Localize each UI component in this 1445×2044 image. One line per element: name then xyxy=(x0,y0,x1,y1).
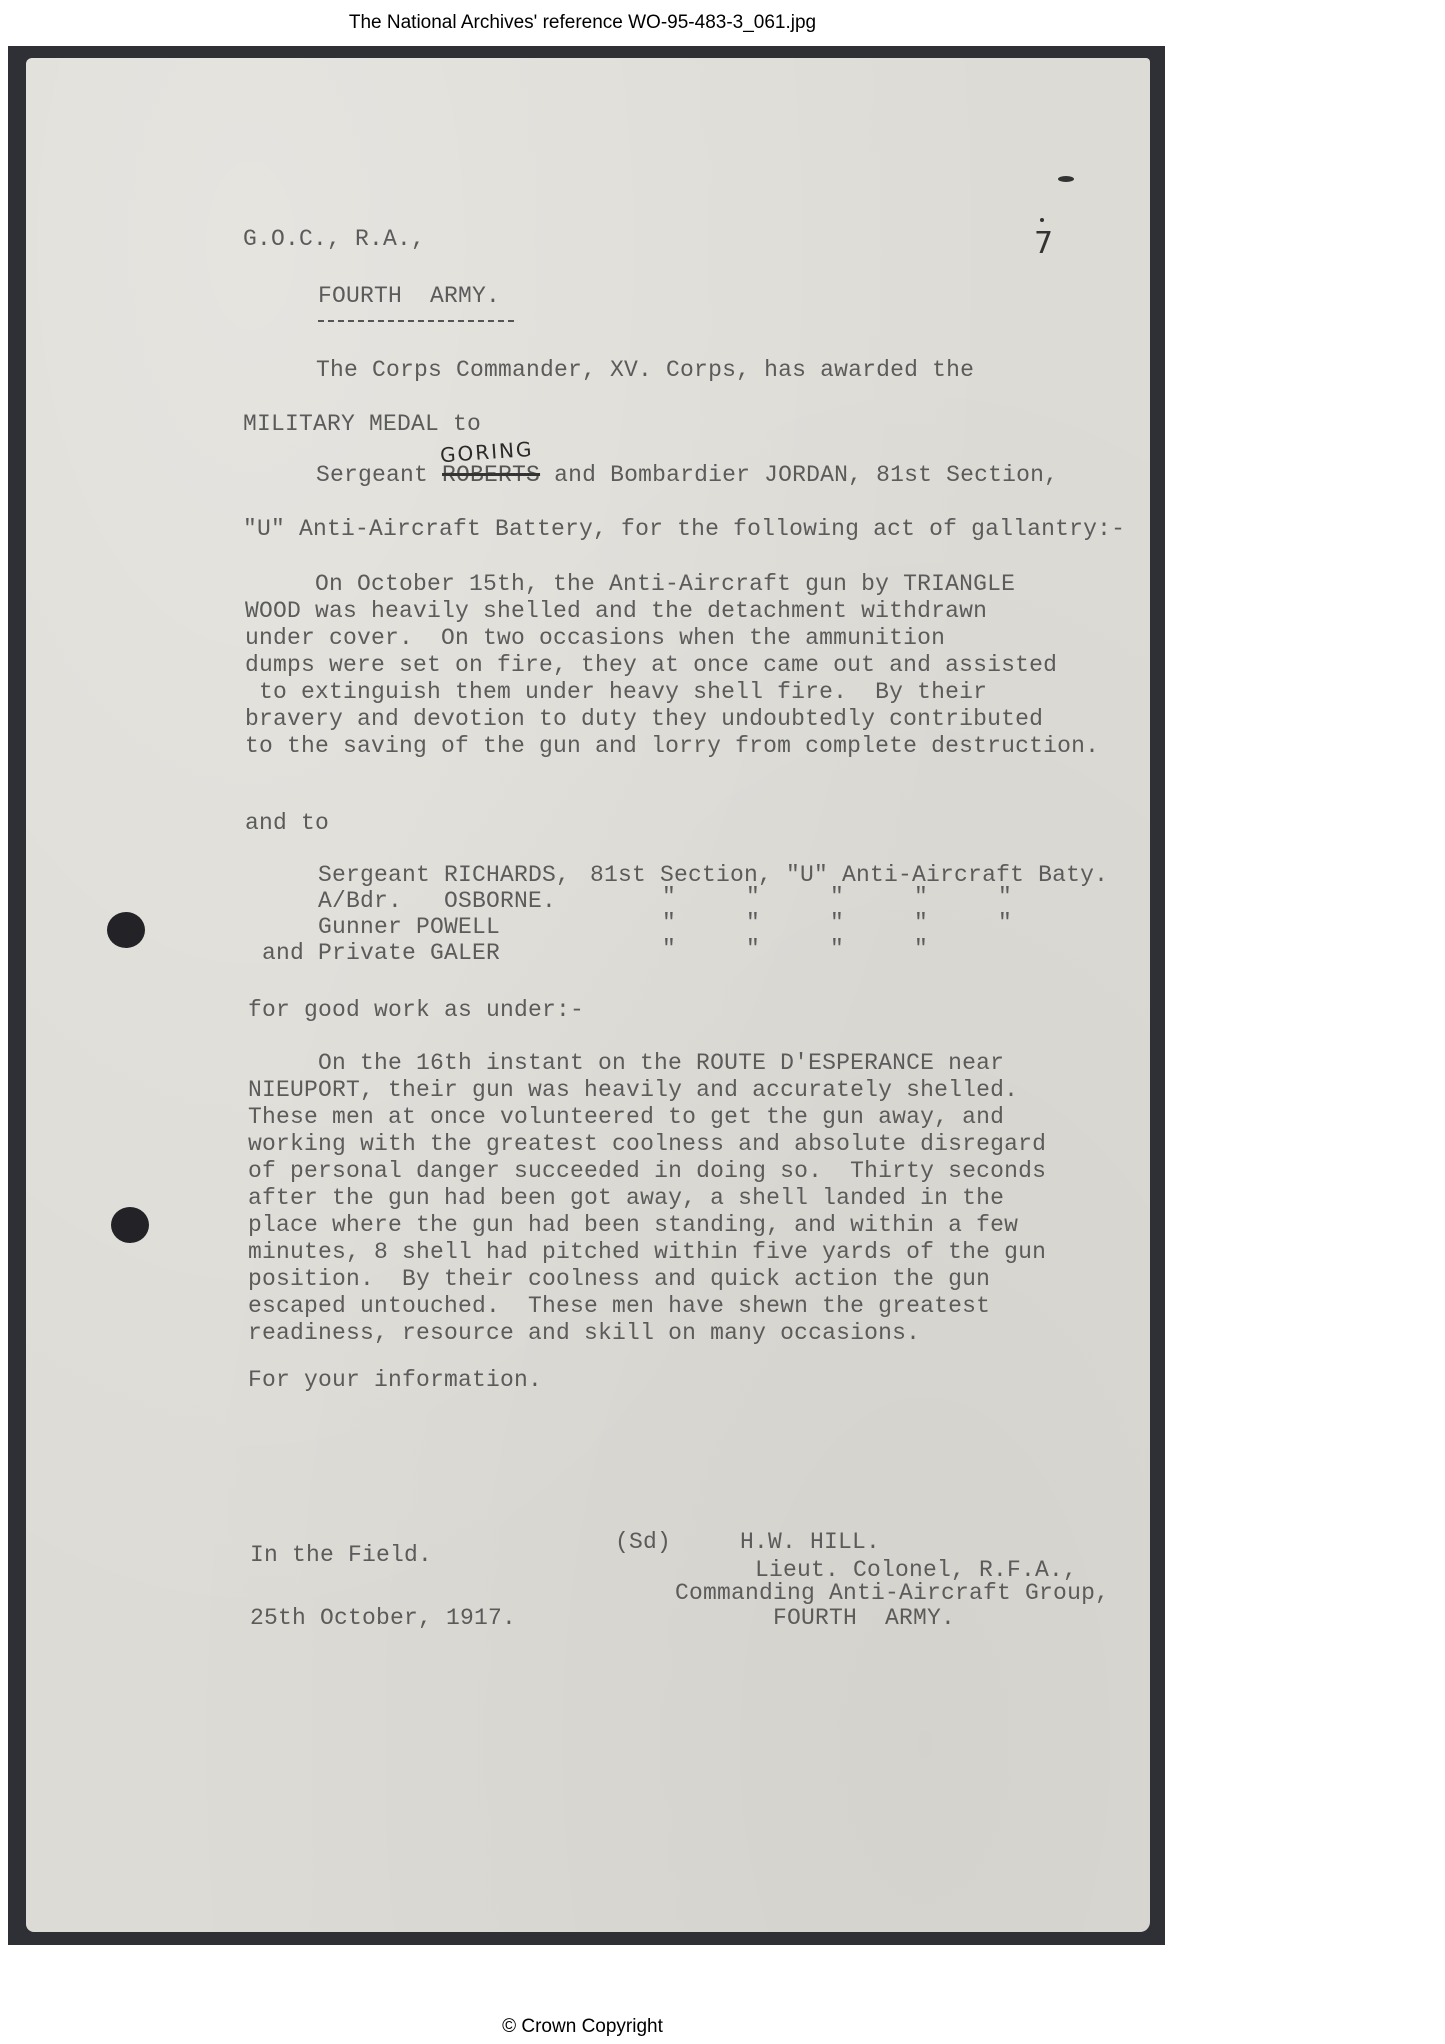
signatory-name: H.W. HILL. xyxy=(740,1529,880,1556)
signatory-role: Commanding Anti-Aircraft Group, xyxy=(675,1580,1109,1607)
signatory-formation: FOURTH ARMY. xyxy=(773,1605,955,1632)
punch-hole-icon xyxy=(107,912,145,948)
citation-2-line: of personal danger succeeded in doing so… xyxy=(248,1158,1046,1185)
recipient-ditto: " " " " xyxy=(662,936,928,963)
citation-1-line: bravery and devotion to duty they undoub… xyxy=(245,706,1043,733)
recipient-ditto: " " " " " xyxy=(662,910,1012,937)
citation-2-line: escaped untouched. These men have shewn … xyxy=(248,1293,990,1320)
intro-line: MILITARY MEDAL to xyxy=(243,411,481,438)
recipient-name: Gunner POWELL xyxy=(318,914,500,941)
closing-line: For your information. xyxy=(248,1367,542,1394)
and-to-line: and to xyxy=(245,810,329,837)
addressee-formation: FOURTH ARMY. xyxy=(318,283,500,310)
intro-line: "U" Anti-Aircraft Battery, for the follo… xyxy=(243,516,1125,543)
citation-2-line: working with the greatest coolness and a… xyxy=(248,1131,1046,1158)
recipient-name: and Private GALER xyxy=(262,940,500,967)
for-good-work-line: for good work as under:- xyxy=(248,997,584,1024)
ink-spot xyxy=(1040,218,1044,222)
citation-1-line: to extinguish them under heavy shell fir… xyxy=(245,679,987,706)
punch-hole-icon xyxy=(111,1207,149,1243)
citation-2-line: These men at once volunteered to get the… xyxy=(248,1104,1004,1131)
copyright-caption: © Crown Copyright xyxy=(0,2016,1165,2038)
citation-1-line: under cover. On two occasions when the a… xyxy=(245,625,945,652)
ink-spot xyxy=(1058,176,1074,182)
addressee-underline xyxy=(318,320,514,322)
archive-reference-caption: The National Archives' reference WO-95-4… xyxy=(0,12,1165,34)
place-line: In the Field. xyxy=(250,1542,432,1569)
recipient-name: Sergeant RICHARDS, xyxy=(318,862,570,889)
citation-2-line: readiness, resource and skill on many oc… xyxy=(248,1320,920,1347)
document-paper xyxy=(26,58,1150,1932)
citation-1-line: On October 15th, the Anti-Aircraft gun b… xyxy=(315,571,1015,598)
date-line: 25th October, 1917. xyxy=(250,1605,516,1632)
intro-suffix: and Bombardier JORDAN, 81st Section, xyxy=(540,462,1058,488)
citation-2-line: On the 16th instant on the ROUTE D'ESPER… xyxy=(318,1050,1004,1077)
citation-2-line: place where the gun had been standing, a… xyxy=(248,1212,1018,1239)
citation-2-line: after the gun had been got away, a shell… xyxy=(248,1185,1004,1212)
citation-2-line: minutes, 8 shell had pitched within five… xyxy=(248,1239,1046,1266)
struck-name: ROBERTS xyxy=(442,462,540,488)
intro-line: The Corps Commander, XV. Corps, has awar… xyxy=(316,357,974,384)
addressee-line: G.O.C., R.A., xyxy=(243,226,425,253)
citation-1-line: dumps were set on fire, they at once cam… xyxy=(245,652,1057,679)
recipient-name: A/Bdr. OSBORNE. xyxy=(318,888,556,915)
citation-2-line: NIEUPORT, their gun was heavily and accu… xyxy=(248,1077,1018,1104)
intro-line-recipients: Sergeant ROBERTS and Bombardier JORDAN, … xyxy=(316,462,1058,489)
citation-2-line: position. By their coolness and quick ac… xyxy=(248,1266,990,1293)
citation-1-line: WOOD was heavily shelled and the detachm… xyxy=(245,598,987,625)
citation-1-line: to the saving of the gun and lorry from … xyxy=(245,733,1099,760)
intro-prefix: Sergeant xyxy=(316,462,442,488)
page-number: 7 xyxy=(1034,226,1053,261)
signed-marker: (Sd) xyxy=(615,1529,671,1556)
recipient-ditto: " " " " " xyxy=(662,884,1012,911)
